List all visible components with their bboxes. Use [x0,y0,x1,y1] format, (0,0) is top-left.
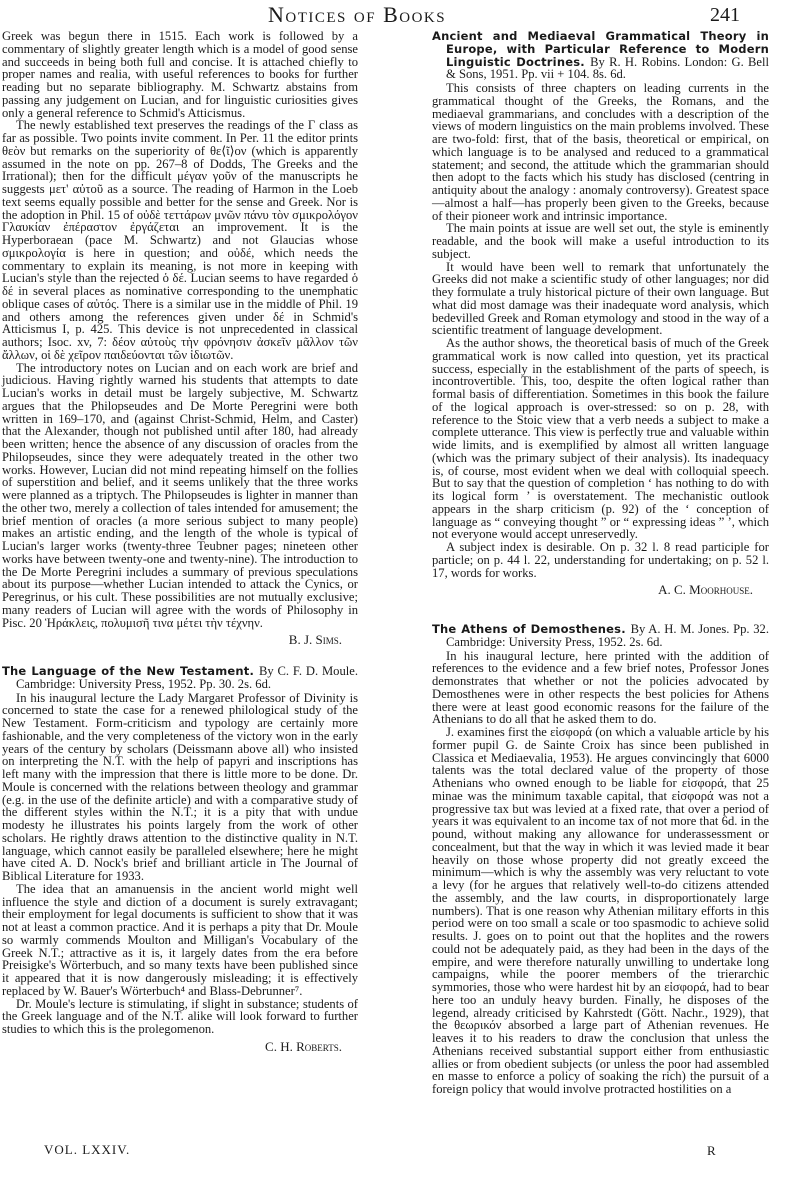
paragraph: The newly established text preserves the… [2,119,358,361]
paragraph: A subject index is desirable. On p. 32 l… [432,541,769,579]
reviewer-signature: C. H. Roberts. [2,1041,358,1054]
paragraph: Greek was begun there in 1515. Each work… [2,30,358,119]
review-heading: The Athens of Demosthenes. By A. H. M. J… [432,623,769,649]
page-number: 241 [710,4,740,27]
paragraph: Dr. Moule's lecture is stimulating, if s… [2,998,358,1036]
paragraph: As the author shows, the theoretical bas… [432,337,769,541]
spacer [2,647,358,665]
right-column: Ancient and Mediaeval Grammatical Theory… [432,30,769,1096]
reviewer-signature: B. J. Sims. [2,634,358,647]
paragraph: In his inaugural lecture the Lady Margar… [2,692,358,883]
reviewer-signature: A. C. Moorhouse. [432,584,769,597]
left-column: Greek was begun there in 1515. Each work… [2,30,358,1054]
signature-mark: R [707,1143,716,1159]
paragraph: The main points at issue are well set ou… [432,222,769,260]
paragraph: J. examines first the εἰσφορά (on which … [432,726,769,1096]
paragraph: The idea that an amanuensis in the ancie… [2,883,358,998]
volume-label: VOL. LXXIV. [44,1142,130,1158]
paragraph: This consists of three chapters on leadi… [432,82,769,222]
running-head: Notices of Books 241 [0,2,800,28]
spacer [432,597,769,623]
journal-page: Notices of Books 241 Greek was begun the… [0,0,800,1179]
review-heading: The Language of the New Testament. By C.… [2,665,358,691]
paragraph: It would have been well to remark that u… [432,261,769,338]
paragraph: The introductory notes on Lucian and on … [2,362,358,630]
running-title: Notices of Books [268,2,446,28]
review-heading: Ancient and Mediaeval Grammatical Theory… [432,30,769,81]
paragraph: In his inaugural lecture, here printed w… [432,650,769,727]
